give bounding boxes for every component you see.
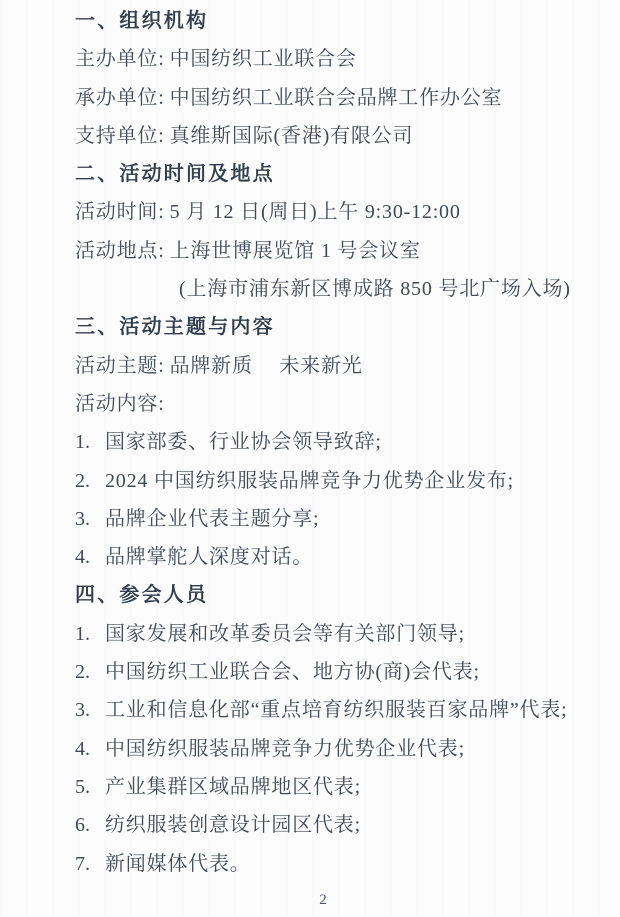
- section-4-heading: 四、参会人员: [75, 576, 600, 614]
- field-label: 活动时间:: [75, 201, 165, 223]
- list-text: 中国纺织服装品牌竞争力优势企业代表;: [105, 738, 465, 760]
- document-page: 一、组织机构 主办单位:中国纺织工业联合会 承办单位:中国纺织工业联合会品牌工作…: [0, 0, 620, 917]
- doc-line-support-unit: 支持单位:真维斯国际(香港)有限公司: [75, 117, 600, 155]
- list-item: 1.国家部委、行业协会领导致辞;: [75, 423, 600, 461]
- list-item: 4.品牌掌舵人深度对话。: [75, 538, 600, 576]
- list-text: 中国纺织工业联合会、地方协(商)会代表;: [105, 661, 480, 683]
- list-text: 国家发展和改革委员会等有关部门领导;: [105, 623, 465, 645]
- doc-line-event-content: 活动内容:: [75, 385, 600, 423]
- field-value: 5 月 12 日(周日)上午 9:30-12:00: [170, 201, 461, 223]
- list-number: 5.: [75, 768, 105, 806]
- list-item: 3.工业和信息化部“重点培育纺织服装百家品牌”代表;: [75, 691, 600, 729]
- list-item: 7.新闻媒体代表。: [75, 845, 600, 883]
- field-label: 活动地点:: [75, 240, 165, 262]
- list-text: 品牌掌舵人深度对话。: [105, 546, 313, 568]
- list-number: 3.: [75, 691, 105, 729]
- list-item: 2.中国纺织工业联合会、地方协(商)会代表;: [75, 653, 600, 691]
- list-text: 国家部委、行业协会领导致辞;: [105, 431, 382, 453]
- field-label: 支持单位:: [75, 125, 165, 147]
- list-number: 4.: [75, 538, 105, 576]
- list-text: 品牌企业代表主题分享;: [105, 508, 319, 530]
- field-value: 中国纺织工业联合会: [170, 48, 357, 70]
- list-text: 2024 中国纺织服装品牌竞争力优势企业发布;: [105, 470, 514, 492]
- doc-line-event-place: 活动地点:上海世博展览馆 1 号会议室: [75, 232, 600, 270]
- list-number: 3.: [75, 500, 105, 538]
- doc-line-event-theme: 活动主题:品牌新质 未来新光: [75, 347, 600, 385]
- list-item: 4.中国纺织服装品牌竞争力优势企业代表;: [75, 730, 600, 768]
- list-number: 7.: [75, 845, 105, 883]
- field-value: (上海市浦东新区博成路 850 号北广场入场): [179, 278, 571, 300]
- field-value: 真维斯国际(香港)有限公司: [170, 125, 414, 147]
- doc-line-event-time: 活动时间:5 月 12 日(周日)上午 9:30-12:00: [75, 193, 600, 231]
- field-value: 中国纺织工业联合会品牌工作办公室: [170, 87, 503, 109]
- field-value: 品牌新质 未来新光: [170, 355, 363, 377]
- field-label: 活动主题:: [75, 355, 165, 377]
- list-number: 2.: [75, 653, 105, 691]
- list-item: 2.2024 中国纺织服装品牌竞争力优势企业发布;: [75, 462, 600, 500]
- list-item: 5.产业集群区域品牌地区代表;: [75, 768, 600, 806]
- list-number: 6.: [75, 806, 105, 844]
- field-label: 主办单位:: [75, 48, 165, 70]
- section-3-heading: 三、活动主题与内容: [75, 308, 600, 346]
- doc-line-host-unit: 主办单位:中国纺织工业联合会: [75, 40, 600, 78]
- list-text: 工业和信息化部“重点培育纺织服装百家品牌”代表;: [105, 699, 568, 721]
- list-text: 纺织服装创意设计园区代表;: [105, 814, 361, 836]
- section-1-heading: 一、组织机构: [75, 2, 600, 40]
- field-label: 承办单位:: [75, 87, 165, 109]
- list-text: 新闻媒体代表。: [105, 853, 251, 875]
- list-text: 产业集群区域品牌地区代表;: [105, 776, 361, 798]
- page-number: 2: [26, 889, 620, 911]
- section-2-heading: 二、活动时间及地点: [75, 155, 600, 193]
- list-item: 3.品牌企业代表主题分享;: [75, 500, 600, 538]
- list-item: 6.纺织服装创意设计园区代表;: [75, 806, 600, 844]
- doc-line-address-note: (上海市浦东新区博成路 850 号北广场入场): [75, 270, 600, 308]
- list-number: 1.: [75, 423, 105, 461]
- doc-line-organizer-unit: 承办单位:中国纺织工业联合会品牌工作办公室: [75, 79, 600, 117]
- list-item: 1.国家发展和改革委员会等有关部门领导;: [75, 615, 600, 653]
- field-value: 上海世博展览馆 1 号会议室: [170, 240, 421, 262]
- list-number: 4.: [75, 730, 105, 768]
- field-label: 活动内容:: [75, 393, 165, 415]
- list-number: 1.: [75, 615, 105, 653]
- list-number: 2.: [75, 462, 105, 500]
